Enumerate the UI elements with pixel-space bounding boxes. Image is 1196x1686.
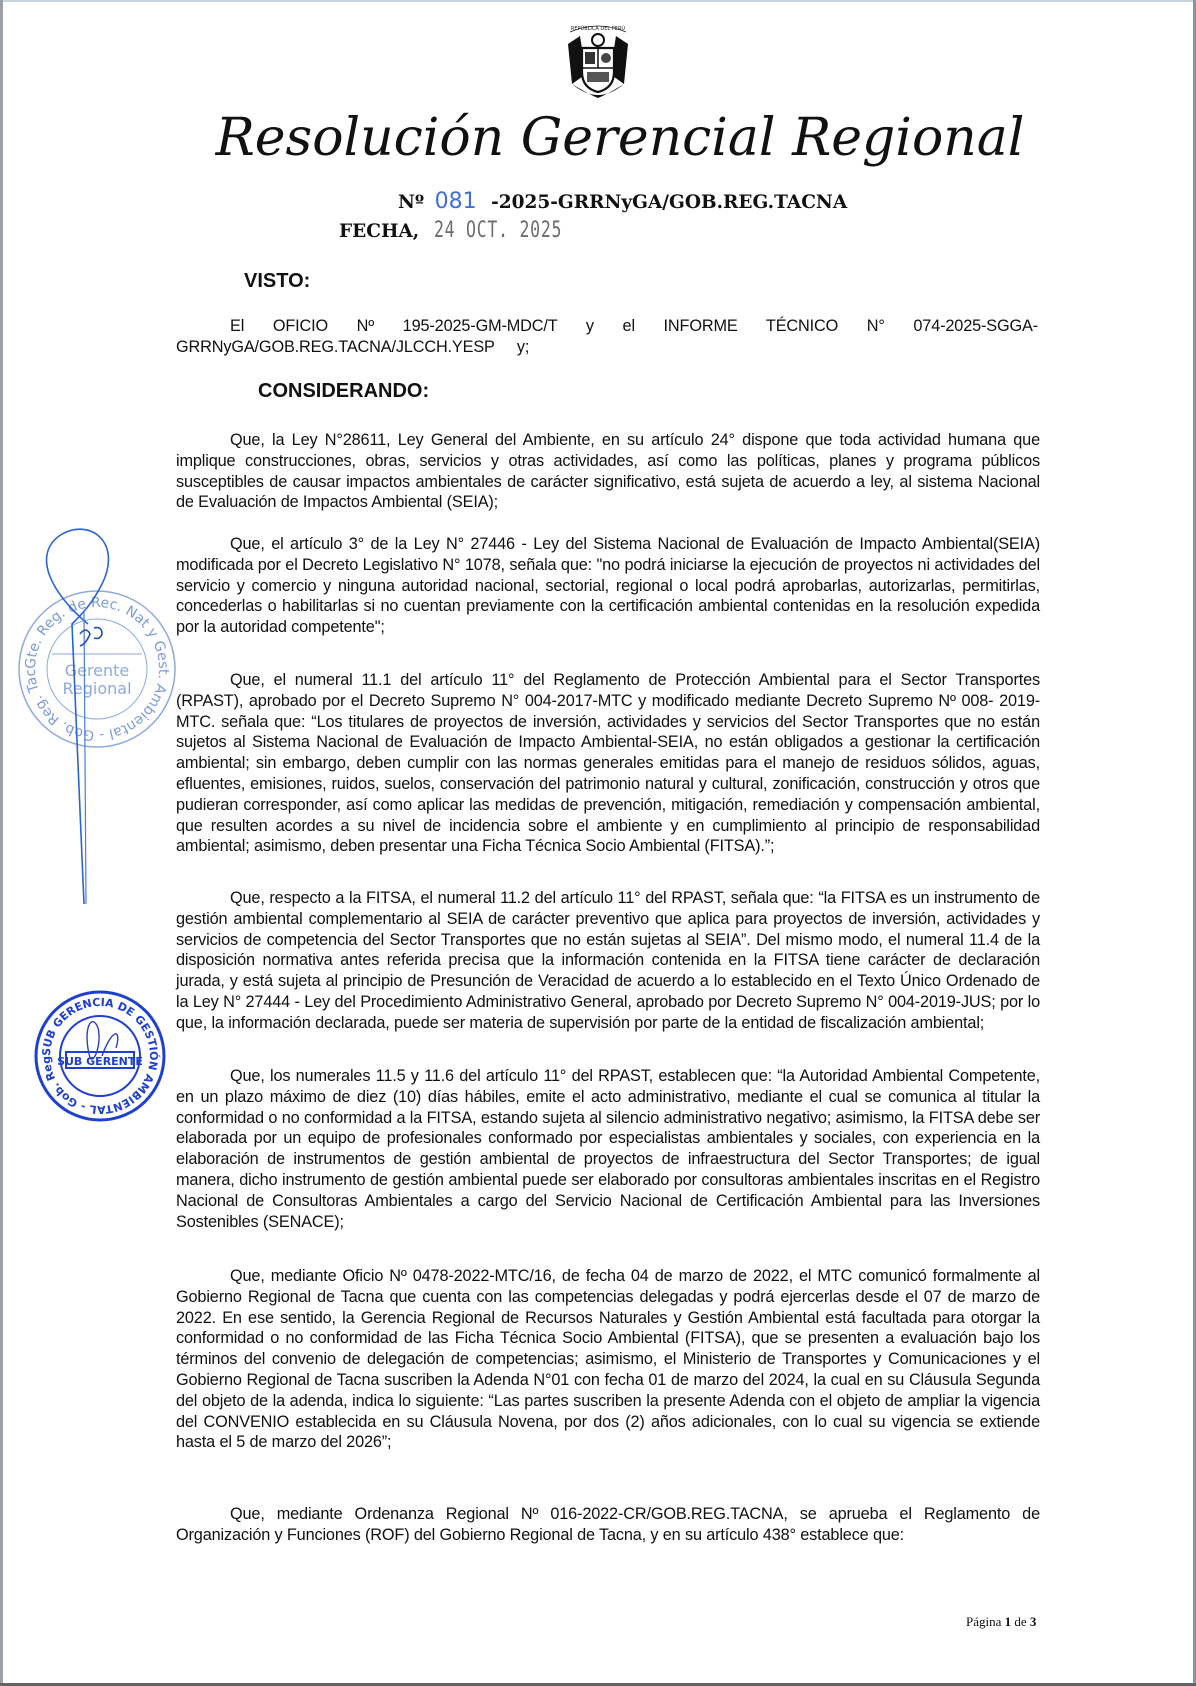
- date-stamp: 24 OCT. 2025: [434, 218, 562, 243]
- sub-gerencia-seal-icon: SUB GERENCIA DE GESTIÓN AMBIENTAL - Gob.…: [32, 988, 168, 1124]
- svg-text:SUB GERENTE: SUB GERENTE: [57, 1055, 143, 1068]
- paragraph-text: Que, mediante Oficio Nº 0478-2022-MTC/16…: [176, 1267, 1040, 1451]
- handwritten-signature-icon: [22, 524, 132, 904]
- considerando-paragraph-1: Que, la Ley N°28611, Ley General del Amb…: [176, 430, 1040, 513]
- svg-text:REPÚBLICA DEL PERÚ: REPÚBLICA DEL PERÚ: [571, 25, 626, 32]
- page-footer: Página 1 de 3: [966, 1614, 1036, 1630]
- paragraph-text: Que, el artículo 3° de la Ley N° 27446 -…: [176, 535, 1040, 636]
- page-total: 3: [1030, 1614, 1037, 1629]
- paragraph-text: Que, el numeral 11.1 del artículo 11° de…: [176, 671, 1040, 855]
- page-of: de: [1014, 1614, 1026, 1629]
- scan-edge-top: [0, 0, 1196, 2]
- paragraph-text: Que, los numerales 11.5 y 11.6 del artíc…: [176, 1067, 1040, 1231]
- visto-text: El OFICIO Nº 195-2025-GM-MDC/T y el INFO…: [176, 317, 1038, 356]
- visto-paragraph: El OFICIO Nº 195-2025-GM-MDC/T y el INFO…: [176, 316, 1038, 358]
- paragraph-text: Que, respecto a la FITSA, el numeral 11.…: [176, 889, 1040, 1032]
- page-current: 1: [1005, 1614, 1012, 1629]
- peru-coat-of-arms-icon: REPÚBLICA DEL PERÚ: [562, 18, 634, 106]
- considerando-paragraph-6: Que, mediante Oficio Nº 0478-2022-MTC/16…: [176, 1266, 1040, 1453]
- resolution-number: Nº 081 -2025-GRRNyGA/GOB.REG.TACNA: [398, 189, 847, 214]
- paragraph-text: Que, la Ley N°28611, Ley General del Amb…: [176, 431, 1040, 511]
- date-label: FECHA,: [339, 221, 419, 242]
- resolution-date: FECHA, 24 OCT. 2025: [339, 218, 605, 243]
- considerando-heading: CONSIDERANDO:: [258, 380, 429, 403]
- scan-edge-left: [0, 0, 3, 1686]
- considerando-paragraph-7: Que, mediante Ordenanza Regional Nº 016-…: [176, 1504, 1040, 1546]
- considerando-paragraph-3: Que, el numeral 11.1 del artículo 11° de…: [176, 670, 1040, 857]
- number-suffix: -2025-GRRNyGA/GOB.REG.TACNA: [491, 192, 847, 213]
- considerando-paragraph-4: Que, respecto a la FITSA, el numeral 11.…: [176, 888, 1040, 1034]
- document-title: Resolución Gerencial Regional: [22, 108, 1196, 168]
- visto-heading: VISTO:: [244, 270, 310, 293]
- page-word: Página: [966, 1614, 1001, 1629]
- handwritten-number: 081: [435, 189, 477, 214]
- paragraph-text: Que, mediante Ordenanza Regional Nº 016-…: [176, 1505, 1040, 1544]
- considerando-paragraph-5: Que, los numerales 11.5 y 11.6 del artíc…: [176, 1066, 1040, 1232]
- number-prefix: Nº: [398, 192, 424, 213]
- considerando-paragraph-2: Que, el artículo 3° de la Ley N° 27446 -…: [176, 534, 1040, 638]
